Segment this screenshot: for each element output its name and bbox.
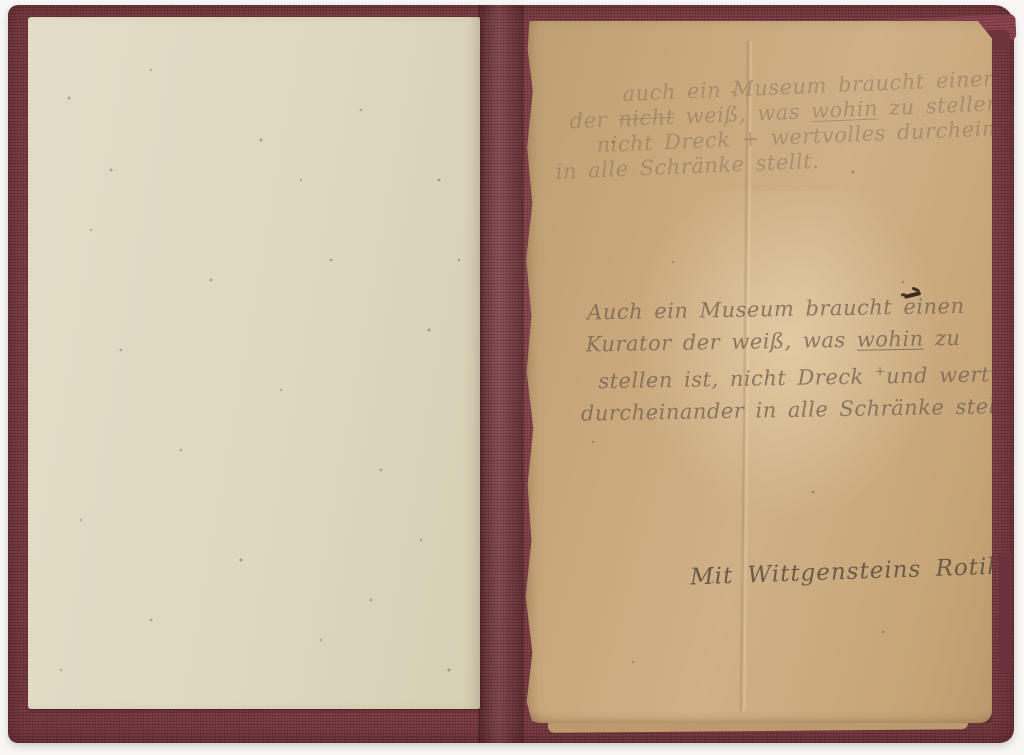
handwriting-draft-block: auch ein Museum braucht einen Kurator,de… bbox=[550, 67, 984, 185]
handwriting-fair-copy-block: Auch ein Museum braucht einenKurator der… bbox=[579, 289, 991, 429]
folder-cover: auch ein Museum braucht einen Kurator,de… bbox=[8, 5, 1014, 743]
handwriting-segment: + bbox=[875, 363, 886, 378]
right-manuscript-page: auch ein Museum braucht einen Kurator,de… bbox=[522, 21, 992, 723]
handwriting-segment: wohin bbox=[857, 327, 924, 352]
handwriting-segment: und wertvolles bbox=[886, 361, 1024, 388]
handwriting-segment: nicht bbox=[618, 105, 675, 131]
handwriting-segment: wohin bbox=[811, 96, 879, 123]
handwriting-segment: Kurator der weiß, was bbox=[585, 328, 857, 357]
spine-gutter bbox=[478, 5, 524, 743]
handwriting-segment: stellen ist, nicht Dreck bbox=[598, 364, 875, 393]
handwriting-segment: der bbox=[569, 107, 619, 133]
cover-edge-notch bbox=[998, 553, 1012, 673]
handwriting-segment: zu bbox=[923, 326, 960, 351]
handwriting-segment: in alle Schränke stellt. bbox=[555, 149, 820, 184]
handwriting-segment: durcheinander in alle Schränke stellt. bbox=[581, 394, 1020, 426]
left-blank-page bbox=[28, 17, 480, 709]
handwriting-segment: Auch ein Museum braucht einen bbox=[587, 294, 965, 325]
signature-line: Mit Wittgensteins Rotik bbox=[690, 554, 1003, 591]
